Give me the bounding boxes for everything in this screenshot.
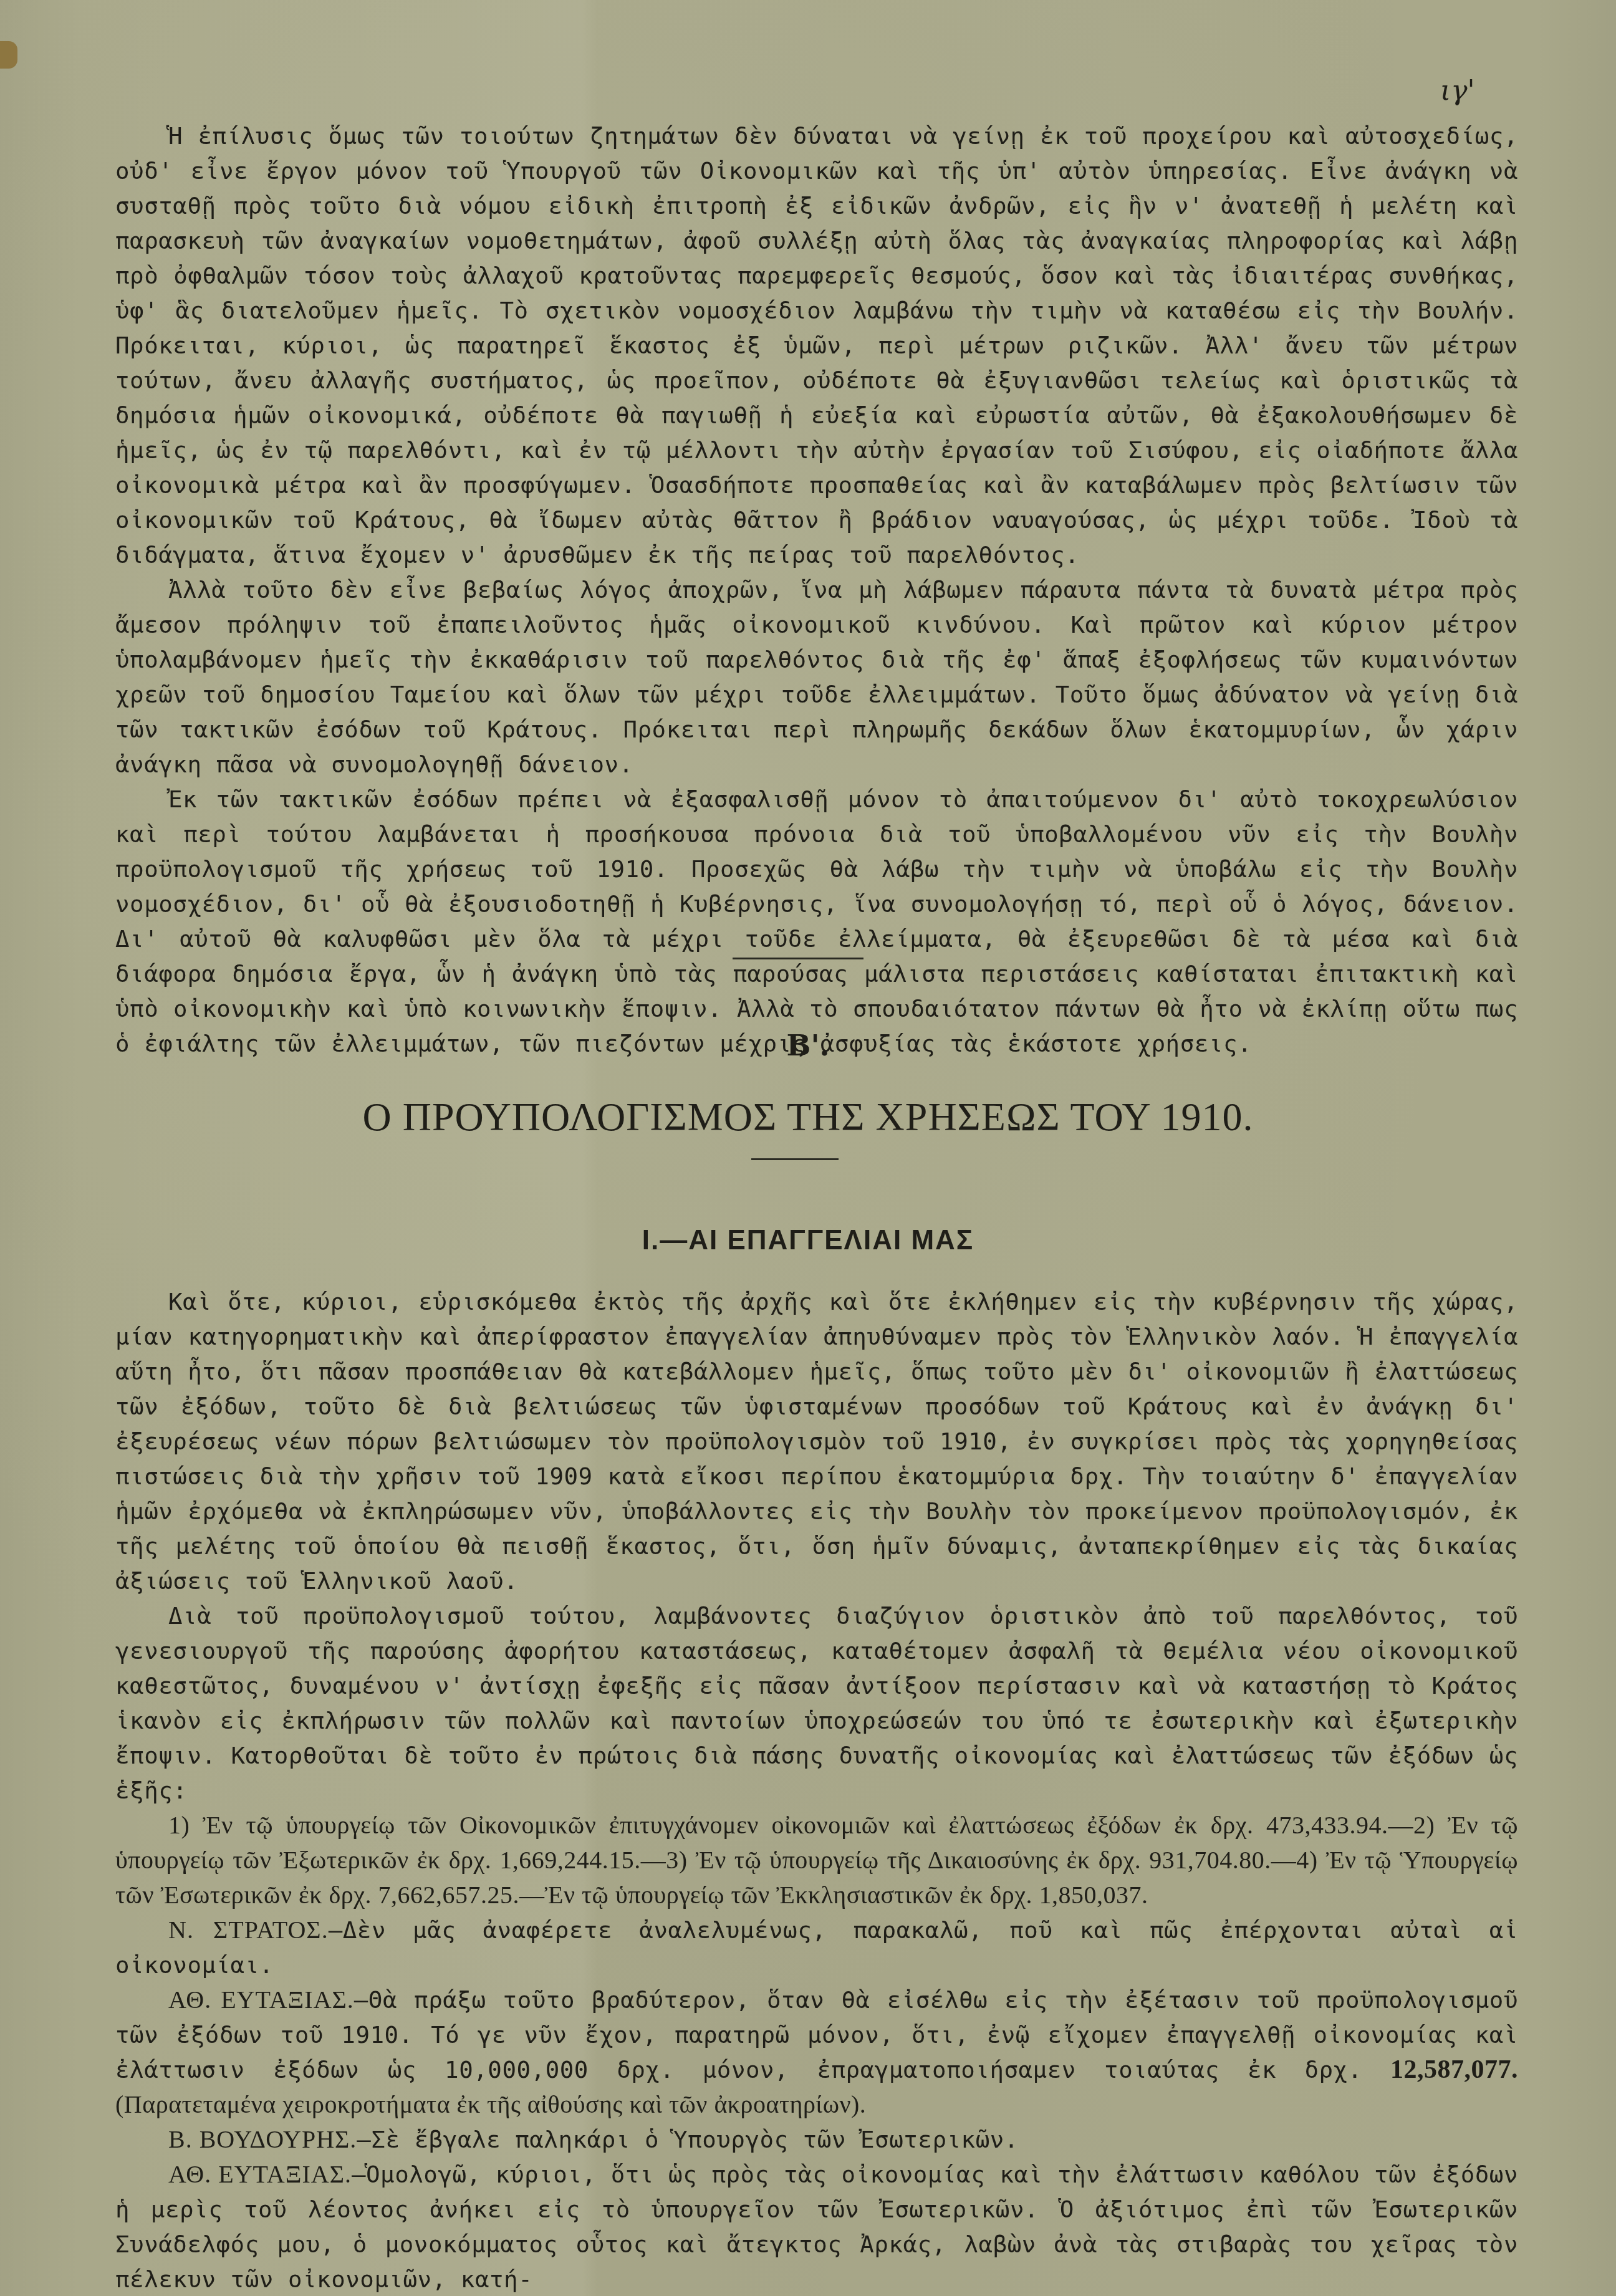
divider-rule xyxy=(733,958,863,959)
section-a-body: Ἡ ἐπίλυσις ὅμως τῶν τοιούτων ζητημάτων δ… xyxy=(115,118,1518,1061)
section-b-body: Καὶ ὅτε, κύριοι, εὑρισκόμεθα ἐκτὸς τῆς ἀ… xyxy=(115,1284,1518,2296)
paragraph: Διὰ τοῦ προϋπολογισμοῦ τούτου, λαμβάνοντ… xyxy=(115,1598,1518,1808)
paragraph: Ἐκ τῶν τακτικῶν ἐσόδων πρέπει νὰ ἐξασφαλ… xyxy=(115,782,1518,1061)
paragraph: Ἡ ἐπίλυσις ὅμως τῶν τοιούτων ζητημάτων δ… xyxy=(115,118,1518,572)
speaker-name: ΑΘ. ΕΥΤΑΞΙΑΣ. xyxy=(168,2160,352,2188)
dialogue-entry: ΑΘ. ΕΥΤΑΞΙΑΣ.—Ὁμολογῶ, κύριοι, ὅτι ὡς πρ… xyxy=(115,2157,1518,2296)
dialogue-entry: Β. ΒΟΥΔΟΥΡΗΣ.—Σὲ ἔβγαλε παληκάρι ὁ Ὑπουρ… xyxy=(115,2122,1518,2157)
applause-note: (Παρατεταμένα χειροκροτήματα ἐκ τῆς αἰθο… xyxy=(115,2090,866,2118)
speaker-name: Ν. ΣΤΡΑΤΟΣ. xyxy=(168,1916,329,1944)
divider-rule xyxy=(751,1158,839,1160)
speech-text: —Σὲ ἔβγαλε παληκάρι ὁ Ὑπουργὸς τῶν Ἐσωτε… xyxy=(357,2126,1019,2153)
paragraph: Ἀλλὰ τοῦτο δὲν εἶνε βεβαίως λόγος ἀποχρῶ… xyxy=(115,572,1518,782)
section-letter: Β'. xyxy=(0,1029,1616,1062)
subsection-title: Ι.—ΑΙ ΕΠΑΓΓΕΛΙΑΙ ΜΑΣ xyxy=(0,1225,1616,1256)
section-title: Ο ΠΡΟΥΠΟΛΟΓΙΣΜΟΣ ΤΗΣ ΧΡΗΣΕΩΣ ΤΟΥ 1910. xyxy=(0,1094,1616,1140)
paragraph: Καὶ ὅτε, κύριοι, εὑρισκόμεθα ἐκτὸς τῆς ἀ… xyxy=(115,1284,1518,1598)
savings-list: 1) Ἐν τῷ ὑπουργείῳ τῶν Οἰκονομικῶν ἐπιτυ… xyxy=(115,1808,1518,1913)
speaker-name: Β. ΒΟΥΔΟΥΡΗΣ. xyxy=(168,2125,357,2153)
page-number: ιγ' xyxy=(1440,75,1475,107)
dialogue-entry: ΑΘ. ΕΥΤΑΞΙΑΣ.—Θὰ πράξω τοῦτο βραδύτερον,… xyxy=(115,1982,1518,2122)
dialogue-entry: Ν. ΣΤΡΑΤΟΣ.—Δὲν μᾶς ἀναφέρετε ἀναλελυμέν… xyxy=(115,1913,1518,1982)
total-savings-amount: 12,587,077. xyxy=(1390,2055,1518,2084)
paper-stain xyxy=(0,41,17,69)
speaker-name: ΑΘ. ΕΥΤΑΞΙΑΣ. xyxy=(168,1986,354,2014)
